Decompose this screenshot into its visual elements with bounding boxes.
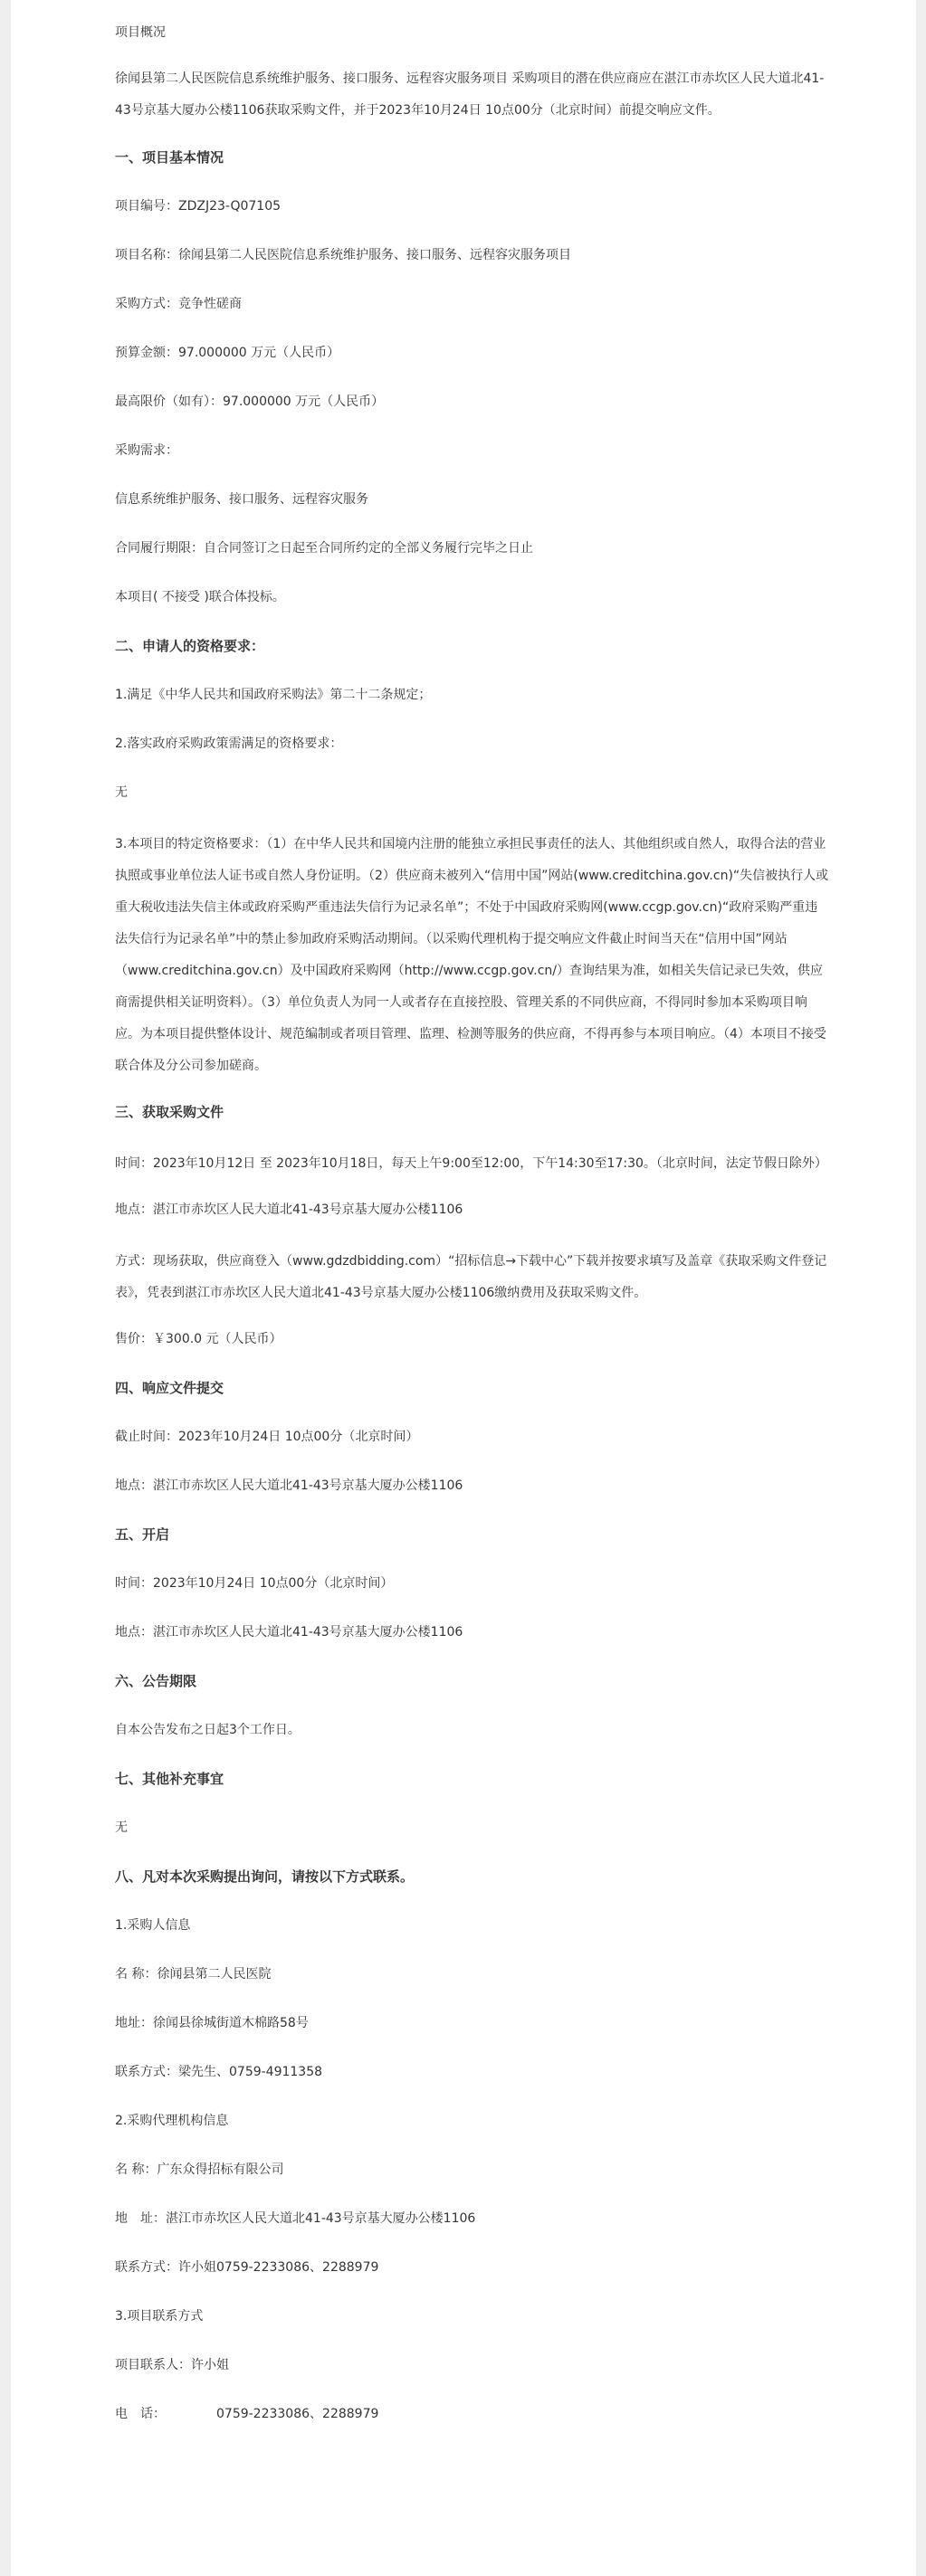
overview-title: 项目概况 <box>115 20 830 45</box>
agency-address: 地址：湛江市赤坎区人民大道北41-43号京基大厦办公楼1106 <box>115 2206 830 2231</box>
obtain-time: 时间：2023年10月12日 至 2023年10月18日，每天上午9:00至12… <box>115 1148 830 1180</box>
overview-paragraph: 徐闻县第二人民医院信息系统维护服务、接口服务、远程容灾服务项目 采购项目的潜在供… <box>115 63 830 127</box>
agency-address-value: 址：湛江市赤坎区人民大道北41-43号京基大厦办公楼1106 <box>140 2211 475 2226</box>
procurement-method: 采购方式：竞争性磋商 <box>115 291 830 317</box>
opening-location: 地点：湛江市赤坎区人民大道北41-43号京基大厦办公楼1106 <box>115 1620 830 1645</box>
section-heading-opening: 五、开启 <box>115 1522 830 1547</box>
document-page: 项目概况 徐闻县第二人民医院信息系统维护服务、接口服务、远程容灾服务项目 采购项… <box>11 0 916 2576</box>
qualification-item-3: 3.本项目的特定资格要求：（1）在中华人民共和国境内注册的能独立承担民事责任的法… <box>115 829 830 1082</box>
notice-period-text: 自本公告发布之日起3个工作日。 <box>115 1717 830 1743</box>
consortium-note: 本项目( 不接受 )联合体投标。 <box>115 585 830 610</box>
project-contact-phone: 电 话：0759-2233086、2288979 <box>115 2401 830 2427</box>
section-heading-submission: 四、响应文件提交 <box>115 1375 830 1401</box>
submission-location: 地点：湛江市赤坎区人民大道北41-43号京基大厦办公楼1106 <box>115 1473 830 1498</box>
announcement-content: 项目概况 徐闻县第二人民医院信息系统维护服务、接口服务、远程容灾服务项目 采购项… <box>115 20 830 2427</box>
budget-amount: 预算金额：97.000000 万元（人民币） <box>115 340 830 366</box>
agency-contact: 联系方式：许小姐0759-2233086、2288979 <box>115 2255 830 2280</box>
phone-label: 电 话： <box>115 2407 166 2421</box>
agency-address-label: 地 <box>115 2211 128 2226</box>
project-contact-person: 项目联系人：许小姐 <box>115 2353 830 2378</box>
submission-deadline: 截止时间：2023年10月24日 10点00分（北京时间） <box>115 1424 830 1450</box>
demand-label: 采购需求： <box>115 438 830 463</box>
purchaser-contact: 联系方式：梁先生、0759-4911358 <box>115 2059 830 2085</box>
opening-time: 时间：2023年10月24日 10点00分（北京时间） <box>115 1571 830 1596</box>
document-price: 售价：￥300.0 元（人民币） <box>115 1326 830 1352</box>
agency-label: 2.采购代理机构信息 <box>115 2108 830 2134</box>
demand-text: 信息系统维护服务、接口服务、远程容灾服务 <box>115 487 830 512</box>
phone-value: 0759-2233086、2288979 <box>216 2407 378 2421</box>
section-heading-basic-info: 一、项目基本情况 <box>115 145 830 170</box>
purchaser-label: 1.采购人信息 <box>115 1913 830 1938</box>
supplementary-text: 无 <box>115 1815 830 1840</box>
max-price: 最高限价（如有）：97.000000 万元（人民币） <box>115 389 830 414</box>
section-heading-contact: 八、凡对本次采购提出询问，请按以下方式联系。 <box>115 1864 830 1889</box>
qualification-item-2: 2.落实政府采购政策需满足的资格要求： <box>115 731 830 756</box>
purchaser-name: 名 称：徐闻县第二人民医院 <box>115 1962 830 1987</box>
obtain-method: 方式：现场获取，供应商登入（www.gdzdbidding.com）“招标信息→… <box>115 1246 830 1309</box>
section-heading-qualifications: 二、申请人的资格要求： <box>115 633 830 659</box>
agency-name: 名 称：广东众得招标有限公司 <box>115 2157 830 2182</box>
obtain-location: 地点：湛江市赤坎区人民大道北41-43号京基大厦办公楼1106 <box>115 1197 830 1222</box>
contract-period: 合同履行期限：自合同签订之日起至合同所约定的全部义务履行完毕之日止 <box>115 536 830 561</box>
project-number: 项目编号：ZDZJ23-Q07105 <box>115 194 830 219</box>
qualification-item-2-value: 无 <box>115 780 830 805</box>
project-name: 项目名称：徐闻县第二人民医院信息系统维护服务、接口服务、远程容灾服务项目 <box>115 242 830 268</box>
section-heading-notice-period: 六、公告期限 <box>115 1668 830 1694</box>
project-contact-label: 3.项目联系方式 <box>115 2304 830 2329</box>
qualification-item-1: 1.满足《中华人民共和国政府采购法》第二十二条规定； <box>115 682 830 708</box>
section-heading-obtain-documents: 三、获取采购文件 <box>115 1099 830 1125</box>
purchaser-address: 地址：徐闻县徐城街道木棉路58号 <box>115 2010 830 2036</box>
section-heading-supplementary: 七、其他补充事宜 <box>115 1766 830 1792</box>
